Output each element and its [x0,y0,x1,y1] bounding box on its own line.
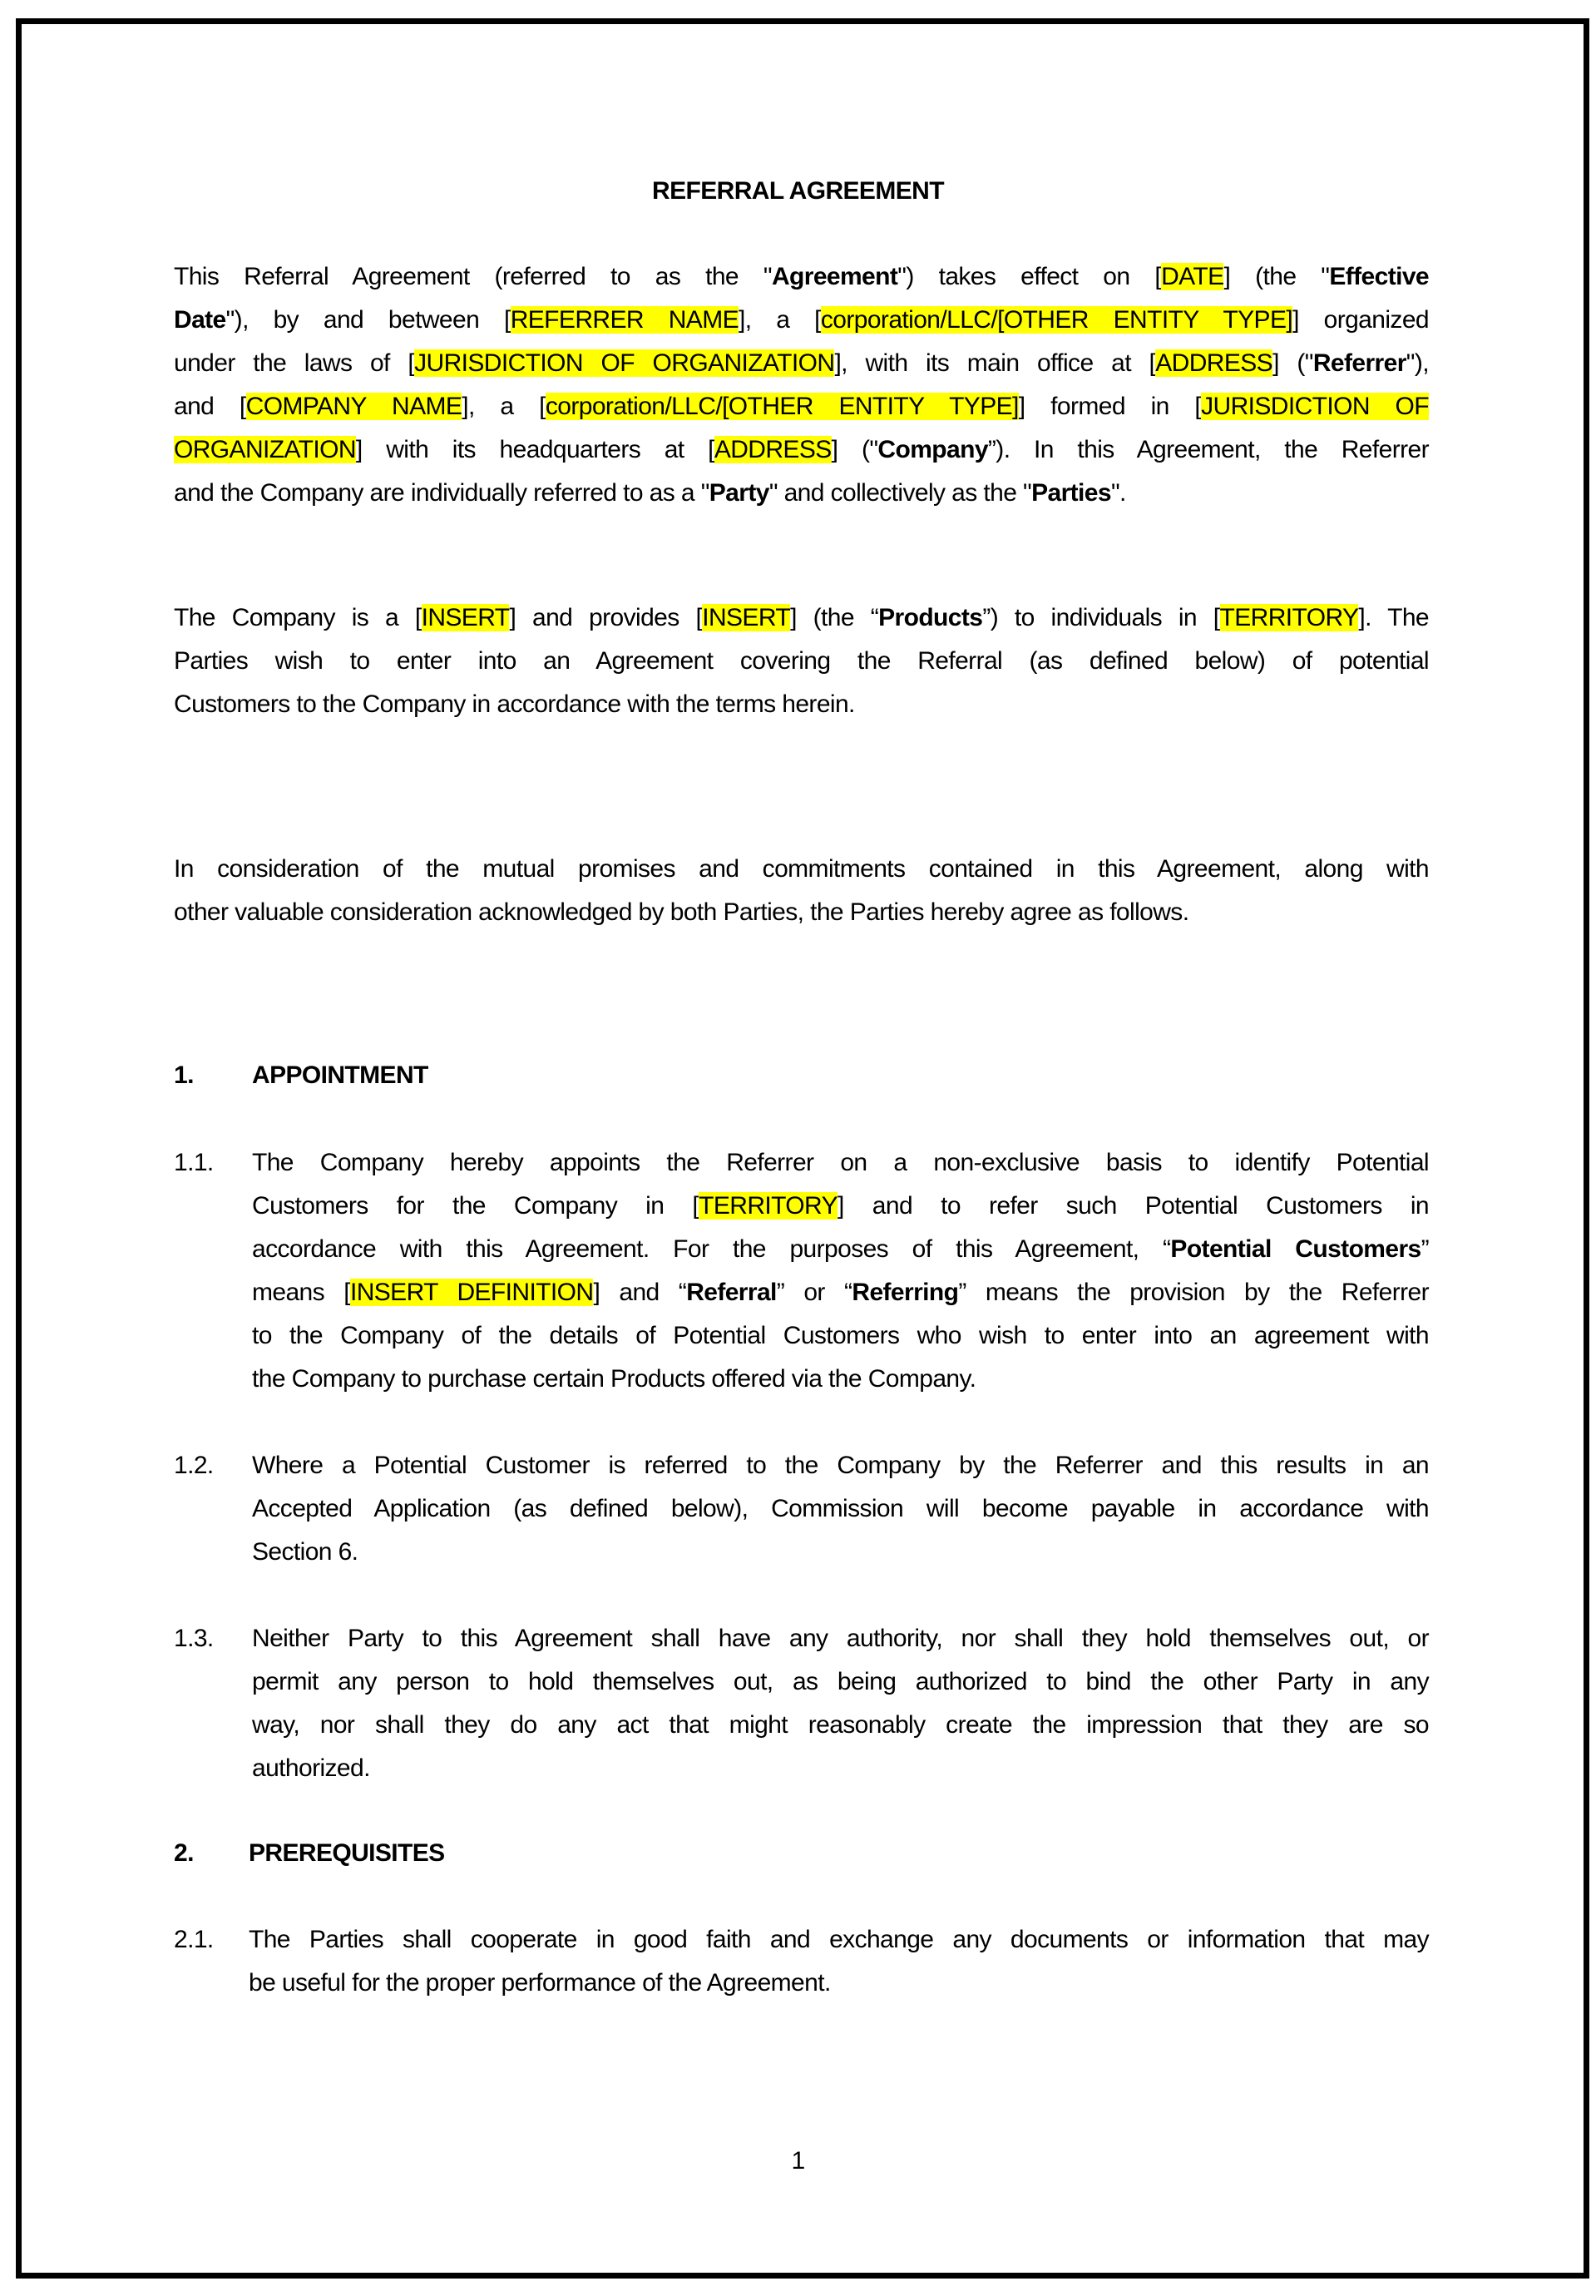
clause-line: Customers for the Company in [TERRITORY]… [252,1185,1429,1228]
placeholder-products[interactable]: INSERT [702,604,790,631]
placeholder-company-type[interactable]: INSERT [422,604,510,631]
defined-term: Referrer [1313,349,1406,377]
clause-line: The Parties shall cooperate in good fait… [249,1918,1429,1962]
section-number: 2. [174,1832,194,1875]
defined-term: Potential Customers [1170,1235,1421,1263]
placeholder-company-jurisdiction-cont[interactable]: ORGANIZATION [174,436,356,463]
placeholder-territory[interactable]: TERRITORY [1220,604,1359,631]
recital-line: Parties wish to enter into an Agreement … [174,640,1429,683]
placeholder-date[interactable]: DATE [1161,263,1223,290]
defined-term: Agreement [772,263,897,290]
intro-line: This Referral Agreement (referred to as … [174,255,1429,299]
defined-term: Products [878,604,982,631]
intro-line: Date"), by and between [REFERRER NAME], … [174,299,1429,342]
section-heading: PREREQUISITES [249,1832,445,1875]
placeholder-company-jurisdiction[interactable]: JURISDICTION OF [1201,393,1429,420]
section-heading: APPOINTMENT [252,1054,428,1097]
placeholder-referrer-name[interactable]: REFERRER NAME [511,306,739,334]
clause-line: accordance with this Agreement. For the … [252,1228,1429,1271]
clause-number: 1.2. [174,1444,214,1487]
defined-term: Party [709,479,769,507]
clause-line: Accepted Application (as defined below),… [252,1487,1429,1531]
document-page: REFERRAL AGREEMENT This Referral Agreeme… [0,0,1596,2296]
intro-line: under the laws of [JURISDICTION OF ORGAN… [174,342,1429,385]
recital-line: The Company is a [INSERT] and provides [… [174,596,1429,640]
clause-line: Where a Potential Customer is referred t… [252,1444,1429,1487]
intro-line: and the Company are individually referre… [174,472,1429,515]
defined-term: Referring [852,1279,958,1306]
consideration-line: In consideration of the mutual promises … [174,848,1429,891]
clause-number: 2.1. [174,1918,214,1962]
recital-line: Customers to the Company in accordance w… [174,683,1429,726]
defined-term: Date [174,306,226,334]
defined-term: Referral [686,1279,777,1306]
placeholder-referrer-entity-type[interactable]: corporation/LLC/[OTHER ENTITY TYPE] [821,306,1292,334]
intro-line: ORGANIZATION] with its headquarters at [… [174,428,1429,472]
clause-line: The Company hereby appoints the Referrer… [252,1141,1429,1185]
document-title: REFERRAL AGREEMENT [0,170,1596,213]
placeholder-territory[interactable]: TERRITORY [699,1192,838,1220]
placeholder-company-name[interactable]: COMPANY NAME [246,393,462,420]
placeholder-company-entity-type[interactable]: corporation/LLC/[OTHER ENTITY TYPE] [546,393,1019,420]
clause-line: to the Company of the details of Potenti… [252,1314,1429,1358]
placeholder-definition[interactable]: INSERT DEFINITION [350,1279,594,1306]
consideration-line: other valuable consideration acknowledge… [174,891,1429,934]
clause-line: permit any person to hold themselves out… [252,1660,1429,1704]
clause-line: means [INSERT DEFINITION] and “Referral”… [252,1271,1429,1314]
clause-line: Neither Party to this Agreement shall ha… [252,1617,1429,1660]
intro-line: and [COMPANY NAME], a [corporation/LLC/[… [174,385,1429,428]
clause-line: Section 6. [252,1531,1429,1574]
clause-line: be useful for the proper performance of … [249,1962,1429,2005]
clause-number: 1.1. [174,1141,214,1185]
defined-term: Parties [1031,479,1111,507]
defined-term: Company [877,436,988,463]
section-number: 1. [174,1054,194,1097]
placeholder-referrer-address[interactable]: ADDRESS [1155,349,1272,377]
placeholder-referrer-jurisdiction[interactable]: JURISDICTION OF ORGANIZATION [414,349,834,377]
clause-number: 1.3. [174,1617,214,1660]
clause-line: way, nor shall they do any act that migh… [252,1704,1429,1747]
defined-term: Effective [1329,263,1429,290]
placeholder-company-address[interactable]: ADDRESS [714,436,832,463]
clause-line: authorized. [252,1747,1429,1790]
clause-line: the Company to purchase certain Products… [252,1358,1429,1401]
page-number: 1 [0,2140,1596,2183]
